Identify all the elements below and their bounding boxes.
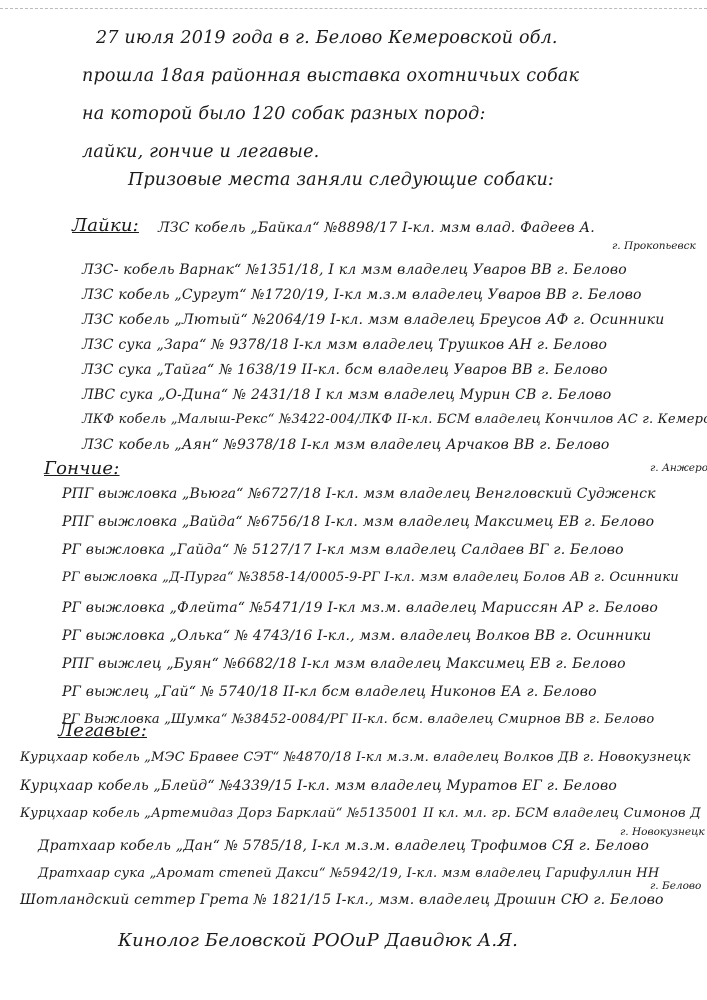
entry-row: ЛЗС кобель „Сургут“ №1720/19, I-кл м.з.м… <box>82 287 642 303</box>
entry-city: г. Белово <box>650 880 701 892</box>
entry-row: Курцхаар кобель „МЭС Бравее СЭТ“ №4870/1… <box>20 750 691 765</box>
signature: Кинолог Беловской РООиР Давидюк А.Я. <box>118 930 518 951</box>
entry-row: ЛЗС сука „Зара“ № 9378/18 I-кл мзм владе… <box>82 337 607 353</box>
entry-row: РГ выжловка „Д-Пурга“ №3858-14/0005-9-РГ… <box>62 570 679 585</box>
entry-row: РГ выжловка „Флейта“ №5471/19 I-кл мз.м.… <box>62 600 658 616</box>
prize-heading: Призовые места заняли следующие собаки: <box>128 170 554 190</box>
entry-row: РГ Выжловка „Шумка“ №38452-0084/РГ II-кл… <box>62 712 654 727</box>
entry-city: г. Анжеро- <box>650 462 707 474</box>
section-title: Гончие: <box>44 458 120 479</box>
entry-row: Шотландский сеттер Грета № 1821/15 I-кл.… <box>20 892 664 908</box>
entry-row: Дратхаар кобель „Дан“ № 5785/18, I-кл м.… <box>38 838 649 854</box>
intro-line: 27 июля 2019 года в г. Белово Кемеровско… <box>96 28 558 48</box>
entry-row: РГ выжлец „Гай“ № 5740/18 II-кл бсм влад… <box>62 684 597 700</box>
entry-row: Дратхаар сука „Аромат степей Дакси“ №594… <box>38 866 659 881</box>
entry-row: ЛЗС кобель „Аян“ №9378/18 I-кл мзм владе… <box>82 437 610 453</box>
section-title: Легавые: <box>58 720 147 741</box>
entry-row: ЛЗС- кобель Варнак“ №1351/18, I кл мзм в… <box>82 262 627 278</box>
intro-line: лайки, гончие и легавые. <box>82 142 319 162</box>
entry-row: РПГ выжловка „Вьюга“ №6727/18 I-кл. мзм … <box>62 486 656 502</box>
entry-row: ЛВС сука „О-Дина“ № 2431/18 I кл мзм вла… <box>82 387 611 403</box>
entry-row: РГ выжловка „Гайда“ № 5127/17 I-кл мзм в… <box>62 542 624 558</box>
entry-row: РПГ выжлец „Буян“ №6682/18 I-кл мзм влад… <box>62 656 626 672</box>
entry-city: г. Прокопьевск <box>612 240 696 252</box>
entry-row: ЛЗС сука „Тайга“ № 1638/19 II-кл. бсм вл… <box>82 362 608 378</box>
entry-row: РГ выжловка „Олька“ № 4743/16 I-кл., мзм… <box>62 628 651 644</box>
entry-row: ЛЗС кобель „Лютый“ №2064/19 I-кл. мзм вл… <box>82 312 664 328</box>
section-title: Лайки: <box>72 215 139 236</box>
entry-row: ЛКФ кобель „Малыш-Рекс“ №3422-004/ЛКФ II… <box>82 412 707 427</box>
entry-city: г. Новокузнецк <box>620 826 705 838</box>
scan-border <box>0 8 707 9</box>
entry-row: Курцхаар кобель „Блейд“ №4339/15 I-кл. м… <box>20 778 617 794</box>
intro-line: на которой было 120 собак разных пород: <box>82 104 486 124</box>
entry-row: ЛЗС кобель „Байкал“ №8898/17 I-кл. мзм в… <box>158 220 595 236</box>
entry-row: Курцхаар кобель „Артемидаз Дорз Барклай“… <box>20 806 701 821</box>
intro-line: прошла 18ая районная выставка охотничьих… <box>82 66 579 86</box>
entry-row: РПГ выжловка „Вайда“ №6756/18 I-кл. мзм … <box>62 514 654 530</box>
